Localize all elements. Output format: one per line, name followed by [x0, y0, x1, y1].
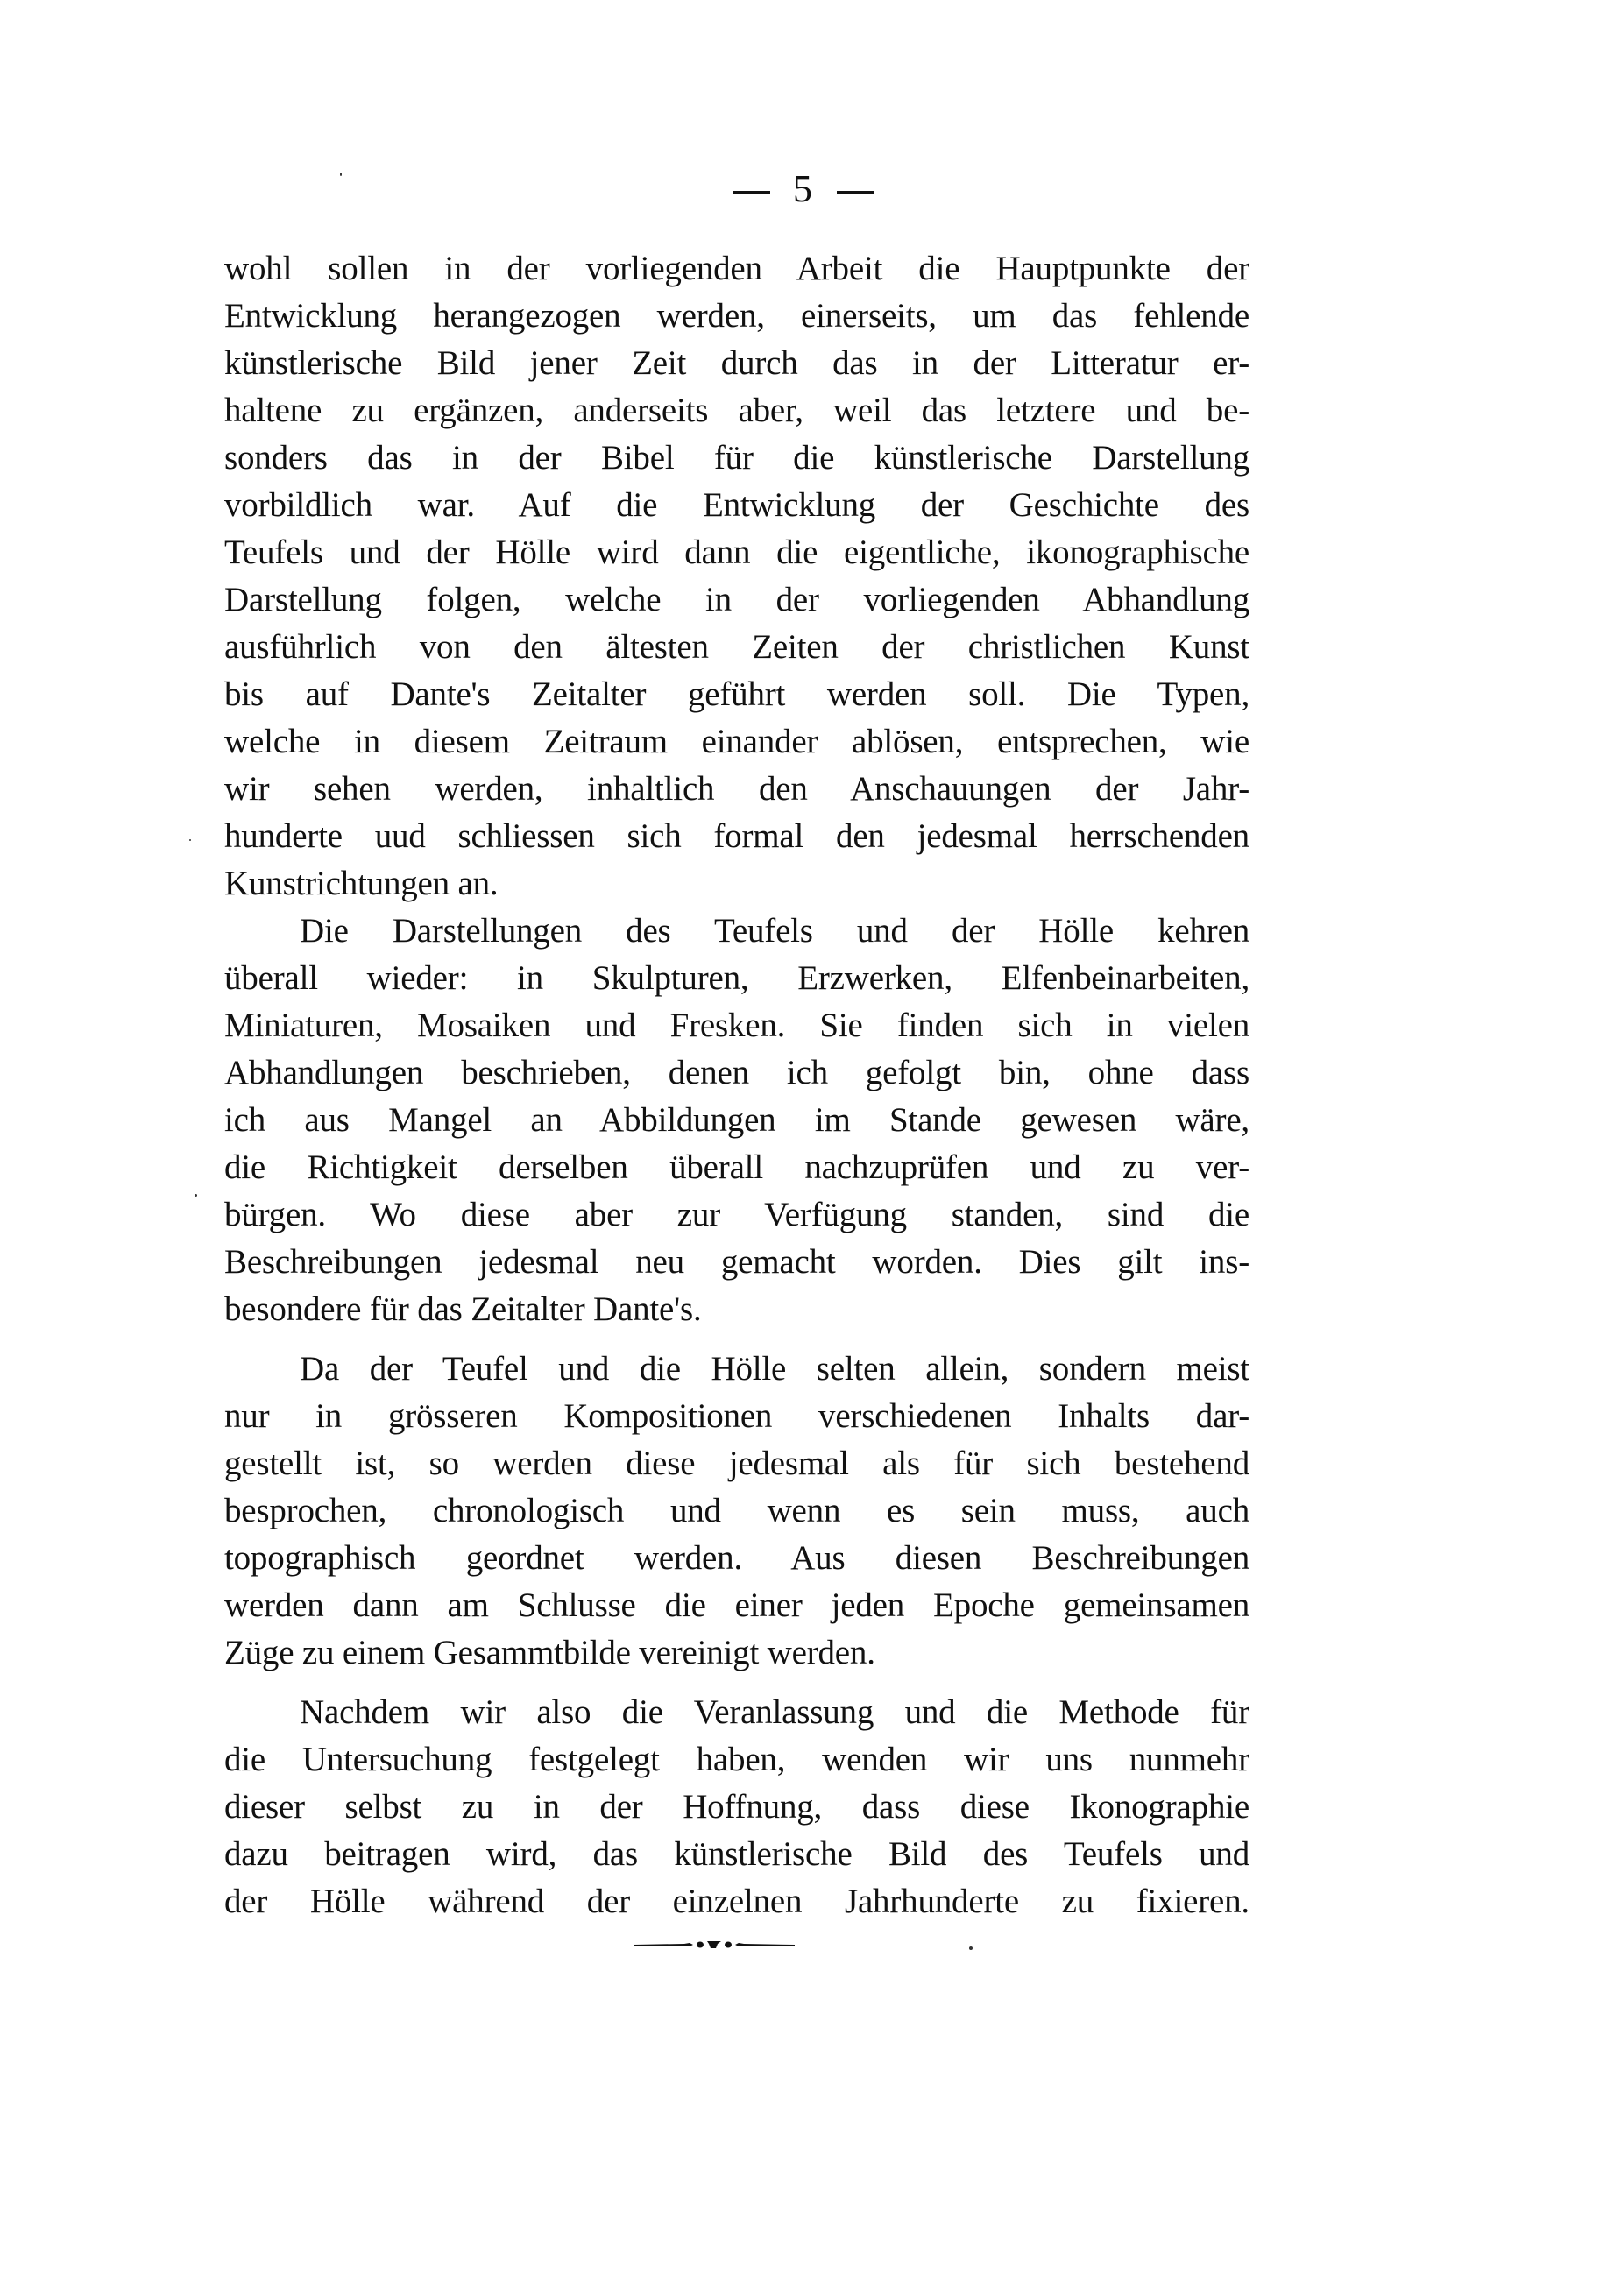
- text-line: künstlerische Bild jener Zeit durch das …: [224, 340, 1249, 387]
- body-text: wohl sollen in der vorliegenden Arbeit d…: [224, 245, 1249, 1925]
- text-line: dieser selbst zu in der Hoffnung, dass d…: [224, 1784, 1249, 1831]
- text-line: hunderte uud schliessen sich formal den …: [224, 813, 1249, 860]
- text-line: ausführlich von den ältesten Zeiten der …: [224, 624, 1249, 671]
- text-line: die Untersuchung festgelegt haben, wende…: [224, 1736, 1249, 1784]
- text-line: welche in diesem Zeitraum einander ablös…: [224, 718, 1249, 766]
- text-line: Nachdem wir also die Veranlassung und di…: [224, 1689, 1249, 1736]
- scan-speck: [195, 1194, 197, 1197]
- text-line: Beschreibungen jedesmal neu gemacht word…: [224, 1239, 1249, 1286]
- text-line: Da der Teufel und die Hölle selten allei…: [224, 1346, 1249, 1393]
- text-line: ich aus Mangel an Abbildungen im Stande …: [224, 1097, 1249, 1144]
- text-line: besprochen, chronologisch und wenn es se…: [224, 1487, 1249, 1535]
- text-line: Kunstrichtungen an.: [224, 860, 1249, 908]
- text-line: Abhandlungen beschrieben, denen ich gefo…: [224, 1049, 1249, 1097]
- text-line: wir sehen werden, inhaltlich den Anschau…: [224, 766, 1249, 813]
- text-line: wohl sollen in der vorliegenden Arbeit d…: [224, 245, 1249, 293]
- paragraph-4: Nachdem wir also die Veranlassung und di…: [224, 1689, 1249, 1925]
- text-line: der Hölle während der einzelnen Jahrhund…: [224, 1878, 1249, 1925]
- scan-speck: [340, 173, 342, 176]
- text-line: nur in grösseren Kompositionen verschied…: [224, 1393, 1249, 1440]
- paragraph-2: Die Darstellungen des Teufels und der Hö…: [224, 908, 1249, 1333]
- page-number-right-dash: [837, 191, 874, 194]
- text-line: Teufels und der Hölle wird dann die eige…: [224, 529, 1249, 576]
- paragraph-gap: [224, 1333, 1249, 1346]
- text-line: bürgen. Wo diese aber zur Verfügung stan…: [224, 1191, 1249, 1239]
- text-line: besondere für das Zeitalter Dante's.: [224, 1286, 1249, 1333]
- text-line: Die Darstellungen des Teufels und der Hö…: [224, 908, 1249, 955]
- page-number: 5: [0, 166, 1607, 211]
- text-line: überall wieder: in Skulpturen, Erzwerken…: [224, 955, 1249, 1002]
- text-line: Züge zu einem Gesammtbilde vereinigt wer…: [224, 1629, 1249, 1677]
- text-line: haltene zu ergänzen, anderseits aber, we…: [224, 387, 1249, 434]
- text-line: Miniaturen, Mosaiken und Fresken. Sie fi…: [224, 1002, 1249, 1049]
- section-end-ornament-icon: [634, 1939, 795, 1951]
- scan-speck: [189, 839, 191, 841]
- paragraph-gap: [224, 1677, 1249, 1689]
- page-number-left-dash: [733, 191, 770, 194]
- text-line: vorbildlich war. Auf die Entwicklung der…: [224, 482, 1249, 529]
- text-line: die Richtigkeit derselben überall nachzu…: [224, 1144, 1249, 1191]
- text-line: Darstellung folgen, welche in der vorlie…: [224, 576, 1249, 624]
- paragraph-3: Da der Teufel und die Hölle selten allei…: [224, 1346, 1249, 1677]
- text-line: dazu beitragen wird, das künstlerische B…: [224, 1831, 1249, 1878]
- scan-speck: [969, 1946, 973, 1950]
- page-number-value: 5: [793, 167, 814, 210]
- text-line: sonders das in der Bibel für die künstle…: [224, 434, 1249, 482]
- text-line: topographisch geordnet werden. Aus diese…: [224, 1535, 1249, 1582]
- text-line: gestellt ist, so werden diese jedesmal a…: [224, 1440, 1249, 1487]
- paragraph-1: wohl sollen in der vorliegenden Arbeit d…: [224, 245, 1249, 908]
- text-line: bis auf Dante's Zeitalter geführt werden…: [224, 671, 1249, 718]
- text-line: werden dann am Schlusse die einer jeden …: [224, 1582, 1249, 1629]
- text-line: Entwicklung herangezogen werden, einerse…: [224, 293, 1249, 340]
